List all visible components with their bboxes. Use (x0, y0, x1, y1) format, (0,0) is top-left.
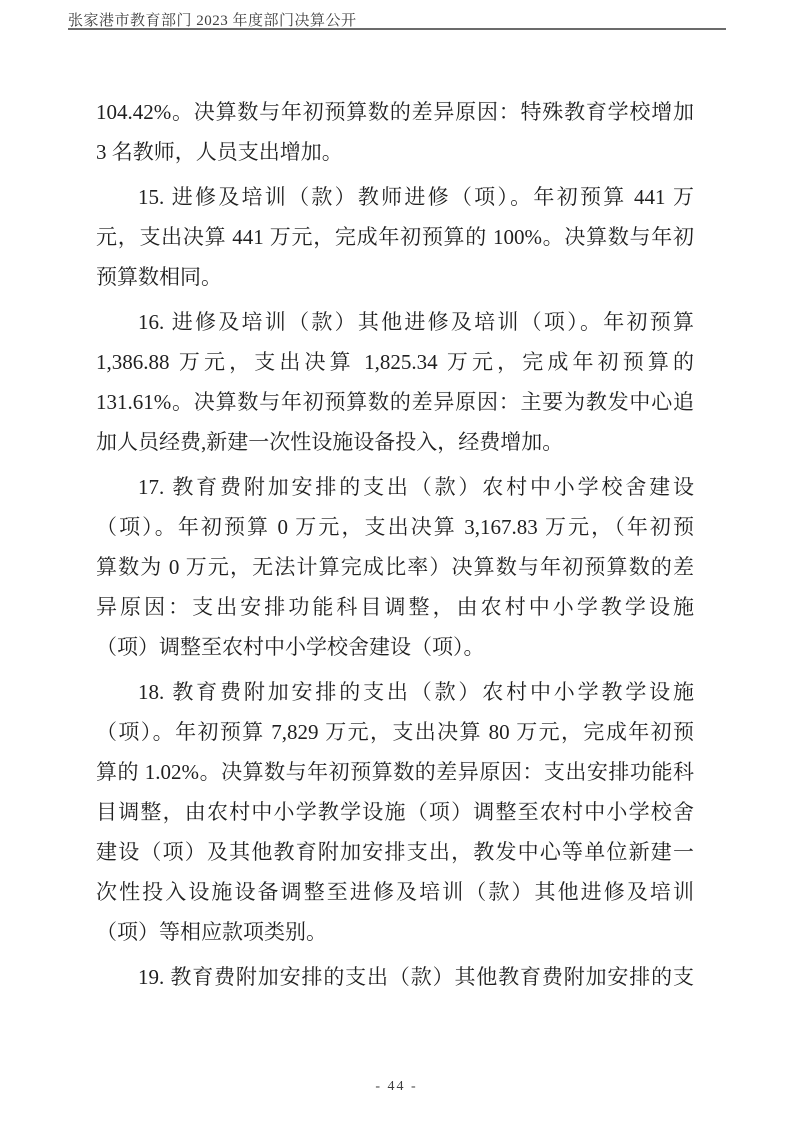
paragraph: 16. 进修及培训（款）其他进修及培训（项）。年初预算1,386.88 万元，支… (96, 302, 694, 462)
text-line: 1,386.88 万元，支出决算 1,825.34 万元，完成年初预算的 (96, 342, 694, 382)
text-line: 19. 教育费附加安排的支出（款）其他教育费附加安排的支 (96, 957, 694, 997)
text-line: 3 名教师，人员支出增加。 (96, 132, 694, 172)
paragraph: 19. 教育费附加安排的支出（款）其他教育费附加安排的支 (96, 957, 694, 997)
text-line: 建设（项）及其他教育附加安排支出，教发中心等单位新建一 (96, 832, 694, 872)
text-line: （项）。年初预算 0 万元，支出决算 3,167.83 万元，（年初预 (96, 507, 694, 547)
document-page: 张家港市教育部门 2023 年度部门决算公开 104.42%。决算数与年初预算数… (0, 0, 793, 1122)
header-rule (68, 28, 726, 30)
text-line: （项）等相应款项类别。 (96, 912, 694, 952)
page-header-title: 张家港市教育部门 2023 年度部门决算公开 (68, 9, 357, 30)
paragraph: 17. 教育费附加安排的支出（款）农村中小学校舍建设（项）。年初预算 0 万元，… (96, 467, 694, 667)
text-line: 次性投入设施设备调整至进修及培训（款）其他进修及培训 (96, 872, 694, 912)
text-line: 算数为 0 万元，无法计算完成比率）决算数与年初预算数的差 (96, 547, 694, 587)
text-line: 17. 教育费附加安排的支出（款）农村中小学校舍建设 (96, 467, 694, 507)
text-line: 元，支出决算 441 万元，完成年初预算的 100%。决算数与年初 (96, 217, 694, 257)
paragraph: 104.42%。决算数与年初预算数的差异原因：特殊教育学校增加3 名教师，人员支… (96, 92, 694, 172)
text-line: 算的 1.02%。决算数与年初预算数的差异原因：支出安排功能科 (96, 752, 694, 792)
paragraph: 15. 进修及培训（款）教师进修（项）。年初预算 441 万元，支出决算 441… (96, 177, 694, 297)
text-line: 加人员经费,新建一次性设施设备投入，经费增加。 (96, 422, 694, 462)
text-line: 131.61%。决算数与年初预算数的差异原因：主要为教发中心追 (96, 382, 694, 422)
text-line: 15. 进修及培训（款）教师进修（项）。年初预算 441 万 (96, 177, 694, 217)
text-line: 18. 教育费附加安排的支出（款）农村中小学教学设施 (96, 672, 694, 712)
text-line: 预算数相同。 (96, 257, 694, 297)
page-number: - 44 - (0, 1079, 793, 1095)
paragraph: 18. 教育费附加安排的支出（款）农村中小学教学设施（项）。年初预算 7,829… (96, 672, 694, 952)
text-line: （项）。年初预算 7,829 万元，支出决算 80 万元，完成年初预 (96, 712, 694, 752)
text-line: （项）调整至农村中小学校舍建设（项）。 (96, 627, 694, 667)
text-line: 16. 进修及培训（款）其他进修及培训（项）。年初预算 (96, 302, 694, 342)
document-body: 104.42%。决算数与年初预算数的差异原因：特殊教育学校增加3 名教师，人员支… (96, 92, 694, 1002)
text-line: 目调整，由农村中小学教学设施（项）调整至农村中小学校舍 (96, 792, 694, 832)
text-line: 104.42%。决算数与年初预算数的差异原因：特殊教育学校增加 (96, 92, 694, 132)
text-line: 异原因：支出安排功能科目调整，由农村中小学教学设施 (96, 587, 694, 627)
